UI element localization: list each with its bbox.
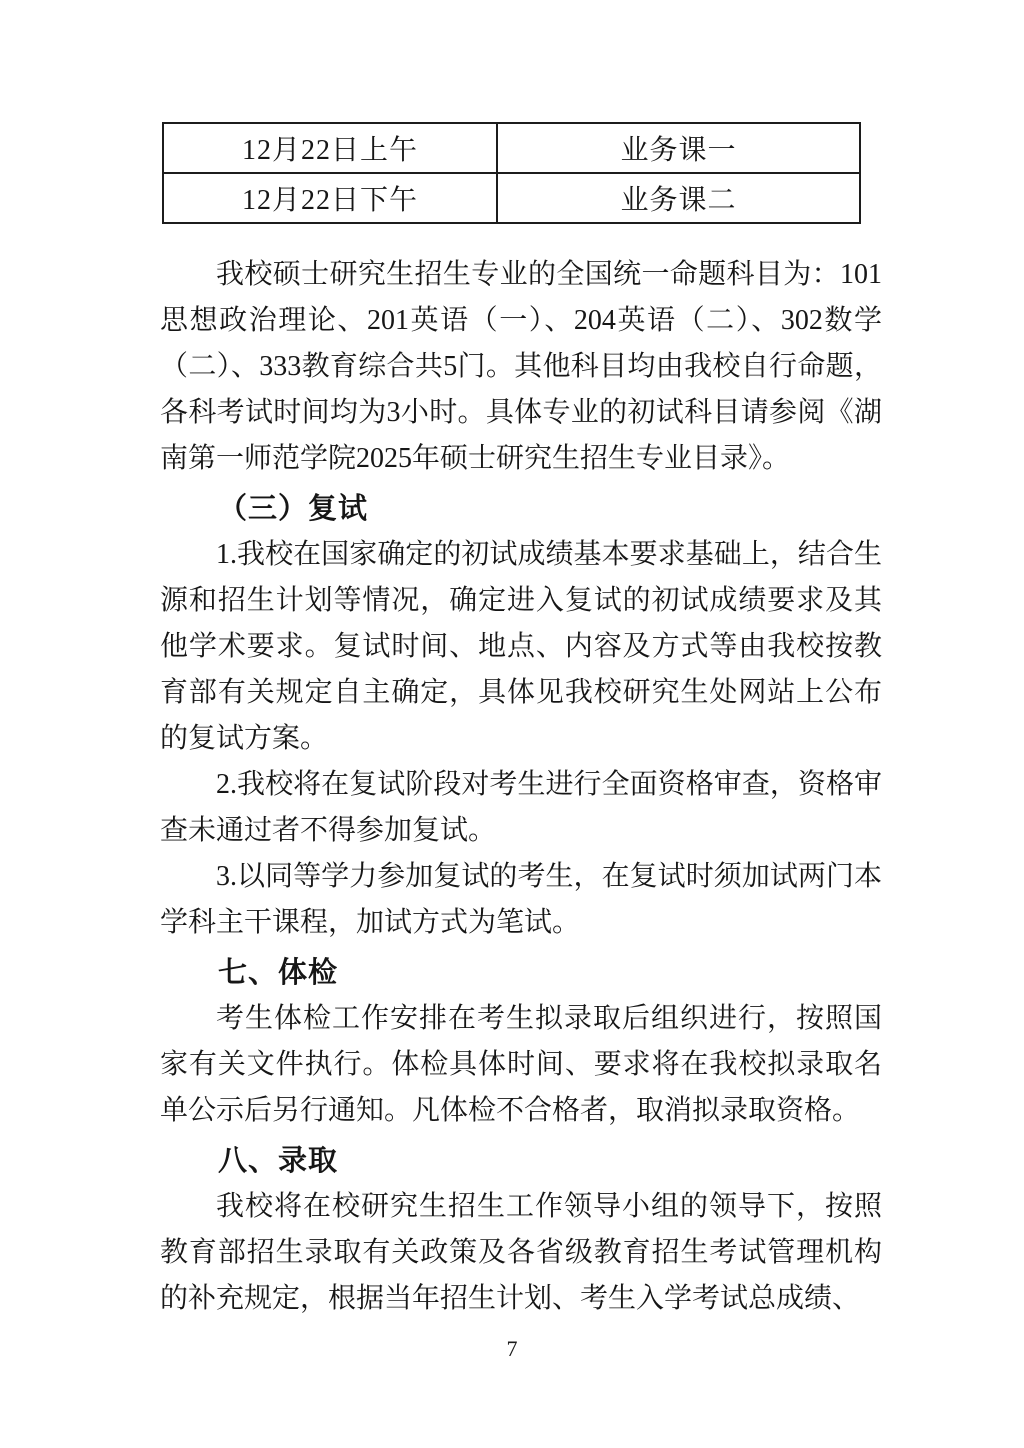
heading-physical-exam: 七、体检 xyxy=(160,950,882,996)
exam-date-cell: 12月22日下午 xyxy=(163,173,497,223)
table-row: 12月22日上午 业务课一 xyxy=(163,123,860,173)
paragraph-retest-3: 3.以同等学力参加复试的考生，在复试时须加试两门本学科主干课程，加试方式为笔试。 xyxy=(160,854,882,946)
paragraph-exam-subjects: 我校硕士研究生招生专业的全国统一命题科目为：101思想政治理论、201英语（一）… xyxy=(160,252,882,482)
exam-schedule-table: 12月22日上午 业务课一 12月22日下午 业务课二 xyxy=(162,122,861,224)
exam-date-cell: 12月22日上午 xyxy=(163,123,497,173)
paragraph-retest-2: 2.我校将在复试阶段对考生进行全面资格审查，资格审查未通过者不得参加复试。 xyxy=(160,762,882,854)
document-page: 12月22日上午 业务课一 12月22日下午 业务课二 我校硕士研究生招生专业的… xyxy=(0,0,1024,1448)
paragraph-admission: 我校将在校研究生招生工作领导小组的领导下，按照教育部招生录取有关政策及各省级教育… xyxy=(160,1184,882,1322)
heading-retest: （三）复试 xyxy=(160,486,882,532)
table-row: 12月22日下午 业务课二 xyxy=(163,173,860,223)
page-number: 7 xyxy=(0,1336,1024,1362)
paragraph-retest-1: 1.我校在国家确定的初试成绩基本要求基础上，结合生源和招生计划等情况，确定进入复… xyxy=(160,532,882,762)
exam-subject-cell: 业务课二 xyxy=(497,173,860,223)
heading-admission: 八、录取 xyxy=(160,1138,882,1184)
paragraph-physical-exam: 考生体检工作安排在考生拟录取后组织进行，按照国家有关文件执行。体检具体时间、要求… xyxy=(160,996,882,1134)
exam-subject-cell: 业务课一 xyxy=(497,123,860,173)
document-content: 12月22日上午 业务课一 12月22日下午 业务课二 我校硕士研究生招生专业的… xyxy=(160,122,882,1322)
